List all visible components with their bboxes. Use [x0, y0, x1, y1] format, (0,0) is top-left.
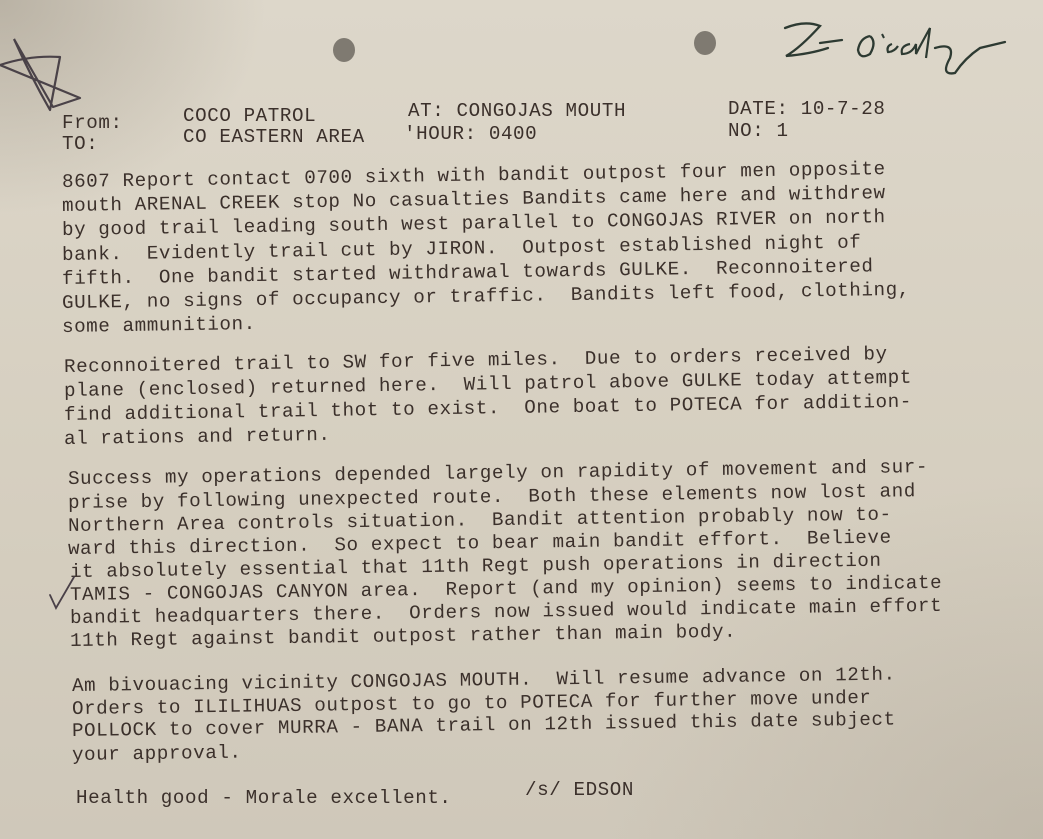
closing-line: Health good - Morale excellent. [76, 786, 452, 810]
no-label: NO: [728, 120, 764, 142]
number-field: NO: 1 [728, 120, 789, 142]
to-value: CO EASTERN AREA [183, 126, 365, 148]
hour-value: 0400 [489, 123, 537, 145]
at-label: AT: [408, 100, 444, 122]
text-line: al rations and return. [64, 423, 331, 451]
handwritten-signature [780, 18, 1010, 83]
at-field: AT: CONGOJAS MOUTH [408, 100, 626, 122]
signature: /s/ EDSON [525, 778, 634, 802]
to-label: TO: [62, 133, 98, 155]
checkmark-icon [48, 575, 76, 611]
punch-hole-right [694, 31, 716, 55]
from-value: COCO PATROL [183, 105, 316, 127]
text-line: some ammunition. [62, 312, 256, 339]
no-value: 1 [776, 120, 788, 142]
star-icon [0, 35, 90, 115]
hour-field: 'HOUR: 0400 [404, 123, 537, 145]
hour-label: HOUR: [416, 123, 477, 145]
date-field: DATE: 10-7-28 [728, 98, 886, 120]
from-label: From: [62, 112, 123, 134]
text-line: your approval. [72, 741, 242, 767]
at-value: CONGOJAS MOUTH [456, 100, 626, 122]
date-value: 10-7-28 [801, 98, 886, 120]
date-label: DATE: [728, 98, 789, 120]
punch-hole-left [333, 38, 355, 62]
